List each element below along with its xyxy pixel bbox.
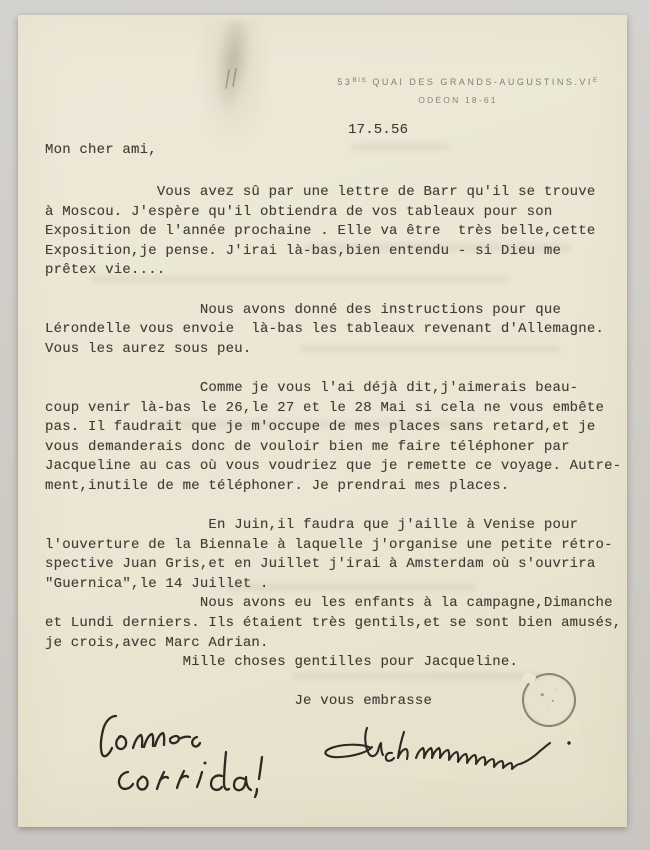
body-line: et Lundi derniers. Ils étaient très gent…	[45, 614, 625, 634]
body-line	[45, 281, 625, 301]
body-line: ment,inutile de me téléphoner. Je prendr…	[45, 477, 625, 497]
body-line: à Moscou. J'espère qu'il obtiendra de vo…	[45, 203, 625, 223]
letterhead-street-number: 53	[337, 77, 352, 87]
body-line: Exposition de l'année prochaine . Elle v…	[45, 222, 625, 242]
body-line: Comme je vous l'ai déjà dit,j'aimerais b…	[45, 379, 625, 399]
salutation: Mon cher ami,	[45, 141, 157, 161]
body-line: En Juin,il faudra que j'aille à Venise p…	[45, 516, 625, 536]
scan-background: 53BIS QUAI DES GRANDS-AUGUSTINS.VIE ODÉO…	[0, 0, 650, 850]
body-line: Lérondelle vous envoie là-bas les tablea…	[45, 320, 625, 340]
body-line: Nous avons eu les enfants à la campagne,…	[45, 594, 625, 614]
body-line: prêtex vie....	[45, 261, 625, 281]
body-line: spective Juan Gris,et en Juillet j'irai …	[45, 555, 625, 575]
body-line: Vous avez sû par une lettre de Barr qu'i…	[45, 183, 625, 203]
body-line: Exposition,je pense. J'irai là-bas,bien …	[45, 242, 625, 262]
letter-body: Vous avez sû par une lettre de Barr qu'i…	[45, 183, 625, 712]
body-line: Nous avons donné des instructions pour q…	[45, 301, 625, 321]
letterhead-phone: ODÉON 18-61	[348, 95, 568, 105]
body-line	[45, 359, 625, 379]
body-line: pas. Il faudrait que je m'occupe de mes …	[45, 418, 625, 438]
body-line: Vous les aurez sous peu.	[45, 340, 625, 360]
body-line: coup venir là-bas le 26,le 27 et le 28 M…	[45, 399, 625, 419]
body-line	[45, 497, 625, 517]
stamp-speck	[540, 693, 544, 697]
letterhead-bis: BIS	[352, 77, 367, 84]
body-line: vous demanderais donc de vouloir bien me…	[45, 438, 625, 458]
body-line: Mille choses gentilles pour Jacqueline.	[45, 653, 625, 673]
ghost-ink-transfer	[350, 143, 450, 151]
letter-paper: 53BIS QUAI DES GRANDS-AUGUSTINS.VIE ODÉO…	[18, 15, 627, 827]
body-line: l'ouverture de la Biennale à laquelle j'…	[45, 536, 625, 556]
body-line: "Guernica",le 14 Juillet .	[45, 575, 625, 595]
body-line: Jacqueline au cas où vous voudriez que j…	[45, 457, 625, 477]
letter-date: 17.5.56	[348, 121, 408, 141]
body-line: je crois,avec Marc Adrian.	[45, 634, 625, 654]
letterhead-street: QUAI DES GRANDS-AUGUSTINS.VI	[367, 77, 593, 87]
letterhead-arrondissement: E	[593, 77, 599, 84]
letterhead-address: 53BIS QUAI DES GRANDS-AUGUSTINS.VIE	[318, 77, 618, 87]
